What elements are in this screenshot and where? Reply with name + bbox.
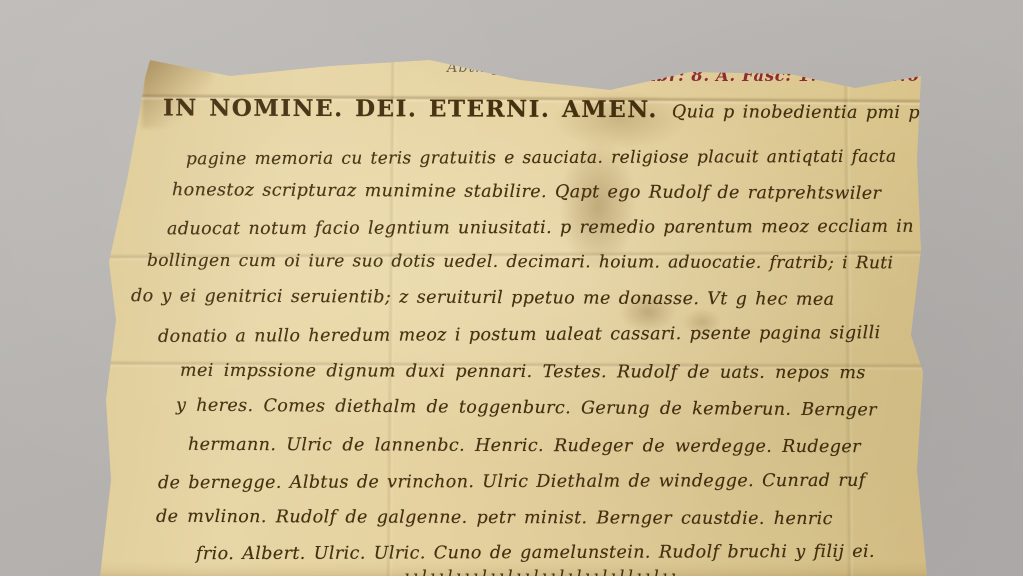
photo-background: Abthlg. C. Ad Rubr: 8. A. Fasc: 1. No 2.…: [0, 0, 1023, 576]
manuscript-line-4: aduocat notum facio legntium uniusitati.…: [167, 217, 914, 240]
red-ink-archive-note: Ad Rubr: 8. A. Fasc: 1. No 2.: [598, 66, 944, 85]
manuscript-line-6: do y ei genitrici seruientib; z seruitur…: [131, 286, 835, 310]
fold-crease: [386, 60, 398, 576]
manuscript-line-13: frio. Albert. Ulric. Ulric. Cuno de game…: [196, 542, 875, 564]
parchment-charter: Abthlg. C. Ad Rubr: 8. A. Fasc: 1. No 2.…: [0, 0, 1023, 576]
manuscript-line-5: bollingen cum oi iure suo dotis uedel. d…: [147, 251, 893, 274]
red-ink-reference: Ad Rubr: 8. A. Fasc: 1.: [598, 66, 817, 85]
manuscript-line-2: pagine memoria cu teris gratuitis e sauc…: [186, 147, 897, 169]
manuscript-line-12: de mvlinon. Rudolf de galgenne. petr min…: [156, 507, 833, 529]
manuscript-line-partial-cutoff: ıılıılııılıılıılıılılıılıllıılıı: [404, 568, 824, 576]
manuscript-line-7: donatio a nullo heredum meoz i postum ua…: [158, 323, 881, 347]
manuscript-line-text: Quia p inobedientia pmi parentis tota: [672, 102, 1023, 123]
manuscript-line-1: IN NOMINE. DEI. ETERNI. AMEN.Quia p inob…: [163, 94, 1023, 124]
manuscript-line-3: honestoz scripturaz munimine stabilire. …: [172, 180, 881, 204]
manuscript-line-11: de bernegge. Albtus de vrinchon. Ulric D…: [158, 471, 866, 493]
manuscript-line-8: mei impssione dignum duxi pennari. Teste…: [180, 361, 866, 383]
pencil-archive-note: Abthlg. C.: [447, 60, 530, 76]
red-ink-number: No 2.: [892, 66, 944, 85]
manuscript-line-10: hermann. Ulric de lannenbc. Henric. Rude…: [188, 435, 861, 457]
invocation-text: IN NOMINE. DEI. ETERNI. AMEN.: [163, 94, 658, 123]
manuscript-line-9: y heres. Comes diethalm de toggenburc. G…: [176, 396, 877, 421]
